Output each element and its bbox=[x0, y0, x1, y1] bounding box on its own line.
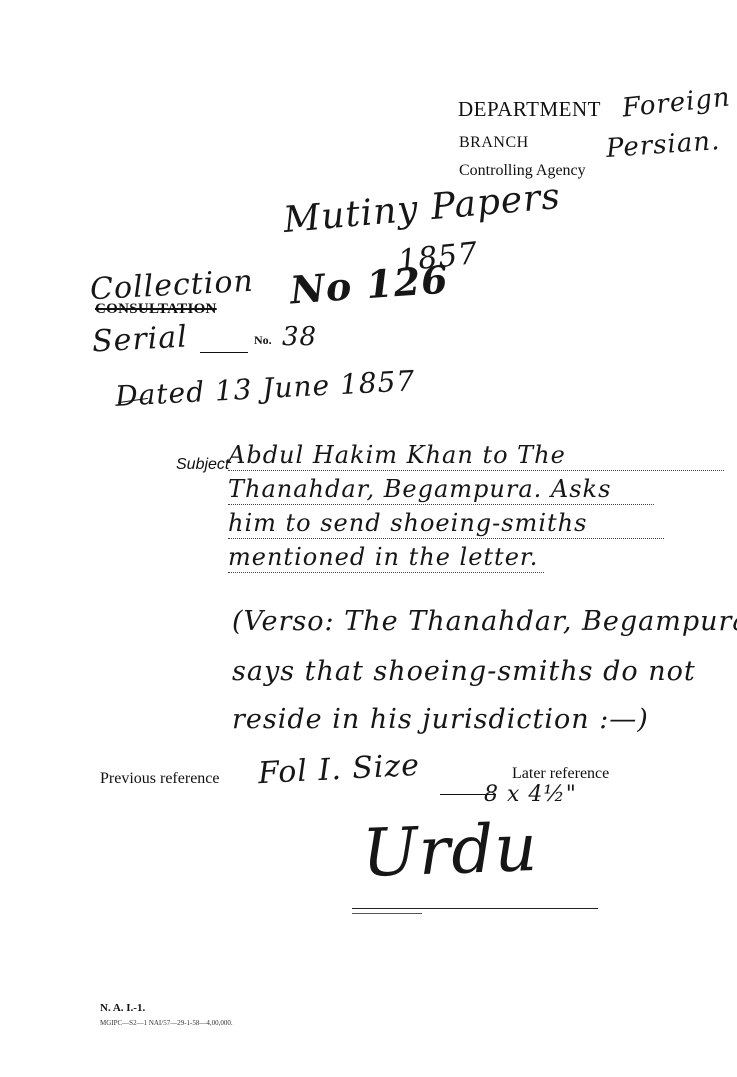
verso-line-3: reside in his jurisdiction :—) bbox=[232, 705, 649, 735]
department-value: Foreign bbox=[621, 82, 732, 123]
subject-line-1: Abdul Hakim Khan to The bbox=[228, 440, 724, 471]
serial-number-value: 38 bbox=[282, 322, 317, 352]
language-entry: Urdu bbox=[361, 809, 540, 892]
controlling-agency-label: Controlling Agency bbox=[459, 162, 586, 180]
department-label: DEPARTMENT bbox=[458, 97, 601, 122]
branch-value: Persian. bbox=[605, 126, 721, 164]
branch-label: BRANCH bbox=[459, 134, 529, 152]
printer-imprint: MGIPC—S2—1 NAI/57—29-1-58—4,00,000. bbox=[100, 1019, 233, 1027]
subject-label: Subject bbox=[176, 456, 229, 474]
serial-underline bbox=[200, 352, 248, 353]
subject-line-2: Thanahdar, Begampura. Asks bbox=[228, 474, 654, 505]
size-value: 8 x 4½" bbox=[484, 782, 577, 807]
subject-line-3: him to send shoeing-smiths bbox=[228, 508, 664, 539]
collection-number: No 126 bbox=[289, 257, 450, 313]
language-underline-secondary bbox=[352, 913, 422, 914]
serial-label: Serial bbox=[91, 320, 188, 360]
document-title: Mutiny Papers bbox=[282, 176, 563, 241]
language-underline bbox=[352, 908, 598, 909]
date-entry: Dated 13 June 1857 bbox=[114, 364, 416, 413]
consultation-label-struck: CONSULTATION bbox=[95, 301, 217, 318]
subject-line-4: mentioned in the letter. bbox=[228, 542, 544, 573]
previous-reference-value: Fol I. Size bbox=[257, 748, 421, 791]
serial-number-label: No. bbox=[254, 333, 272, 348]
later-reference-label: Later reference bbox=[512, 765, 609, 783]
previous-reference-label: Previous reference bbox=[100, 770, 220, 788]
verso-line-1: (Verso: The Thanahdar, Begampura bbox=[232, 607, 737, 637]
form-number: N. A. I.-1. bbox=[100, 1002, 145, 1014]
verso-line-2: says that shoeing-smiths do not bbox=[232, 657, 696, 687]
